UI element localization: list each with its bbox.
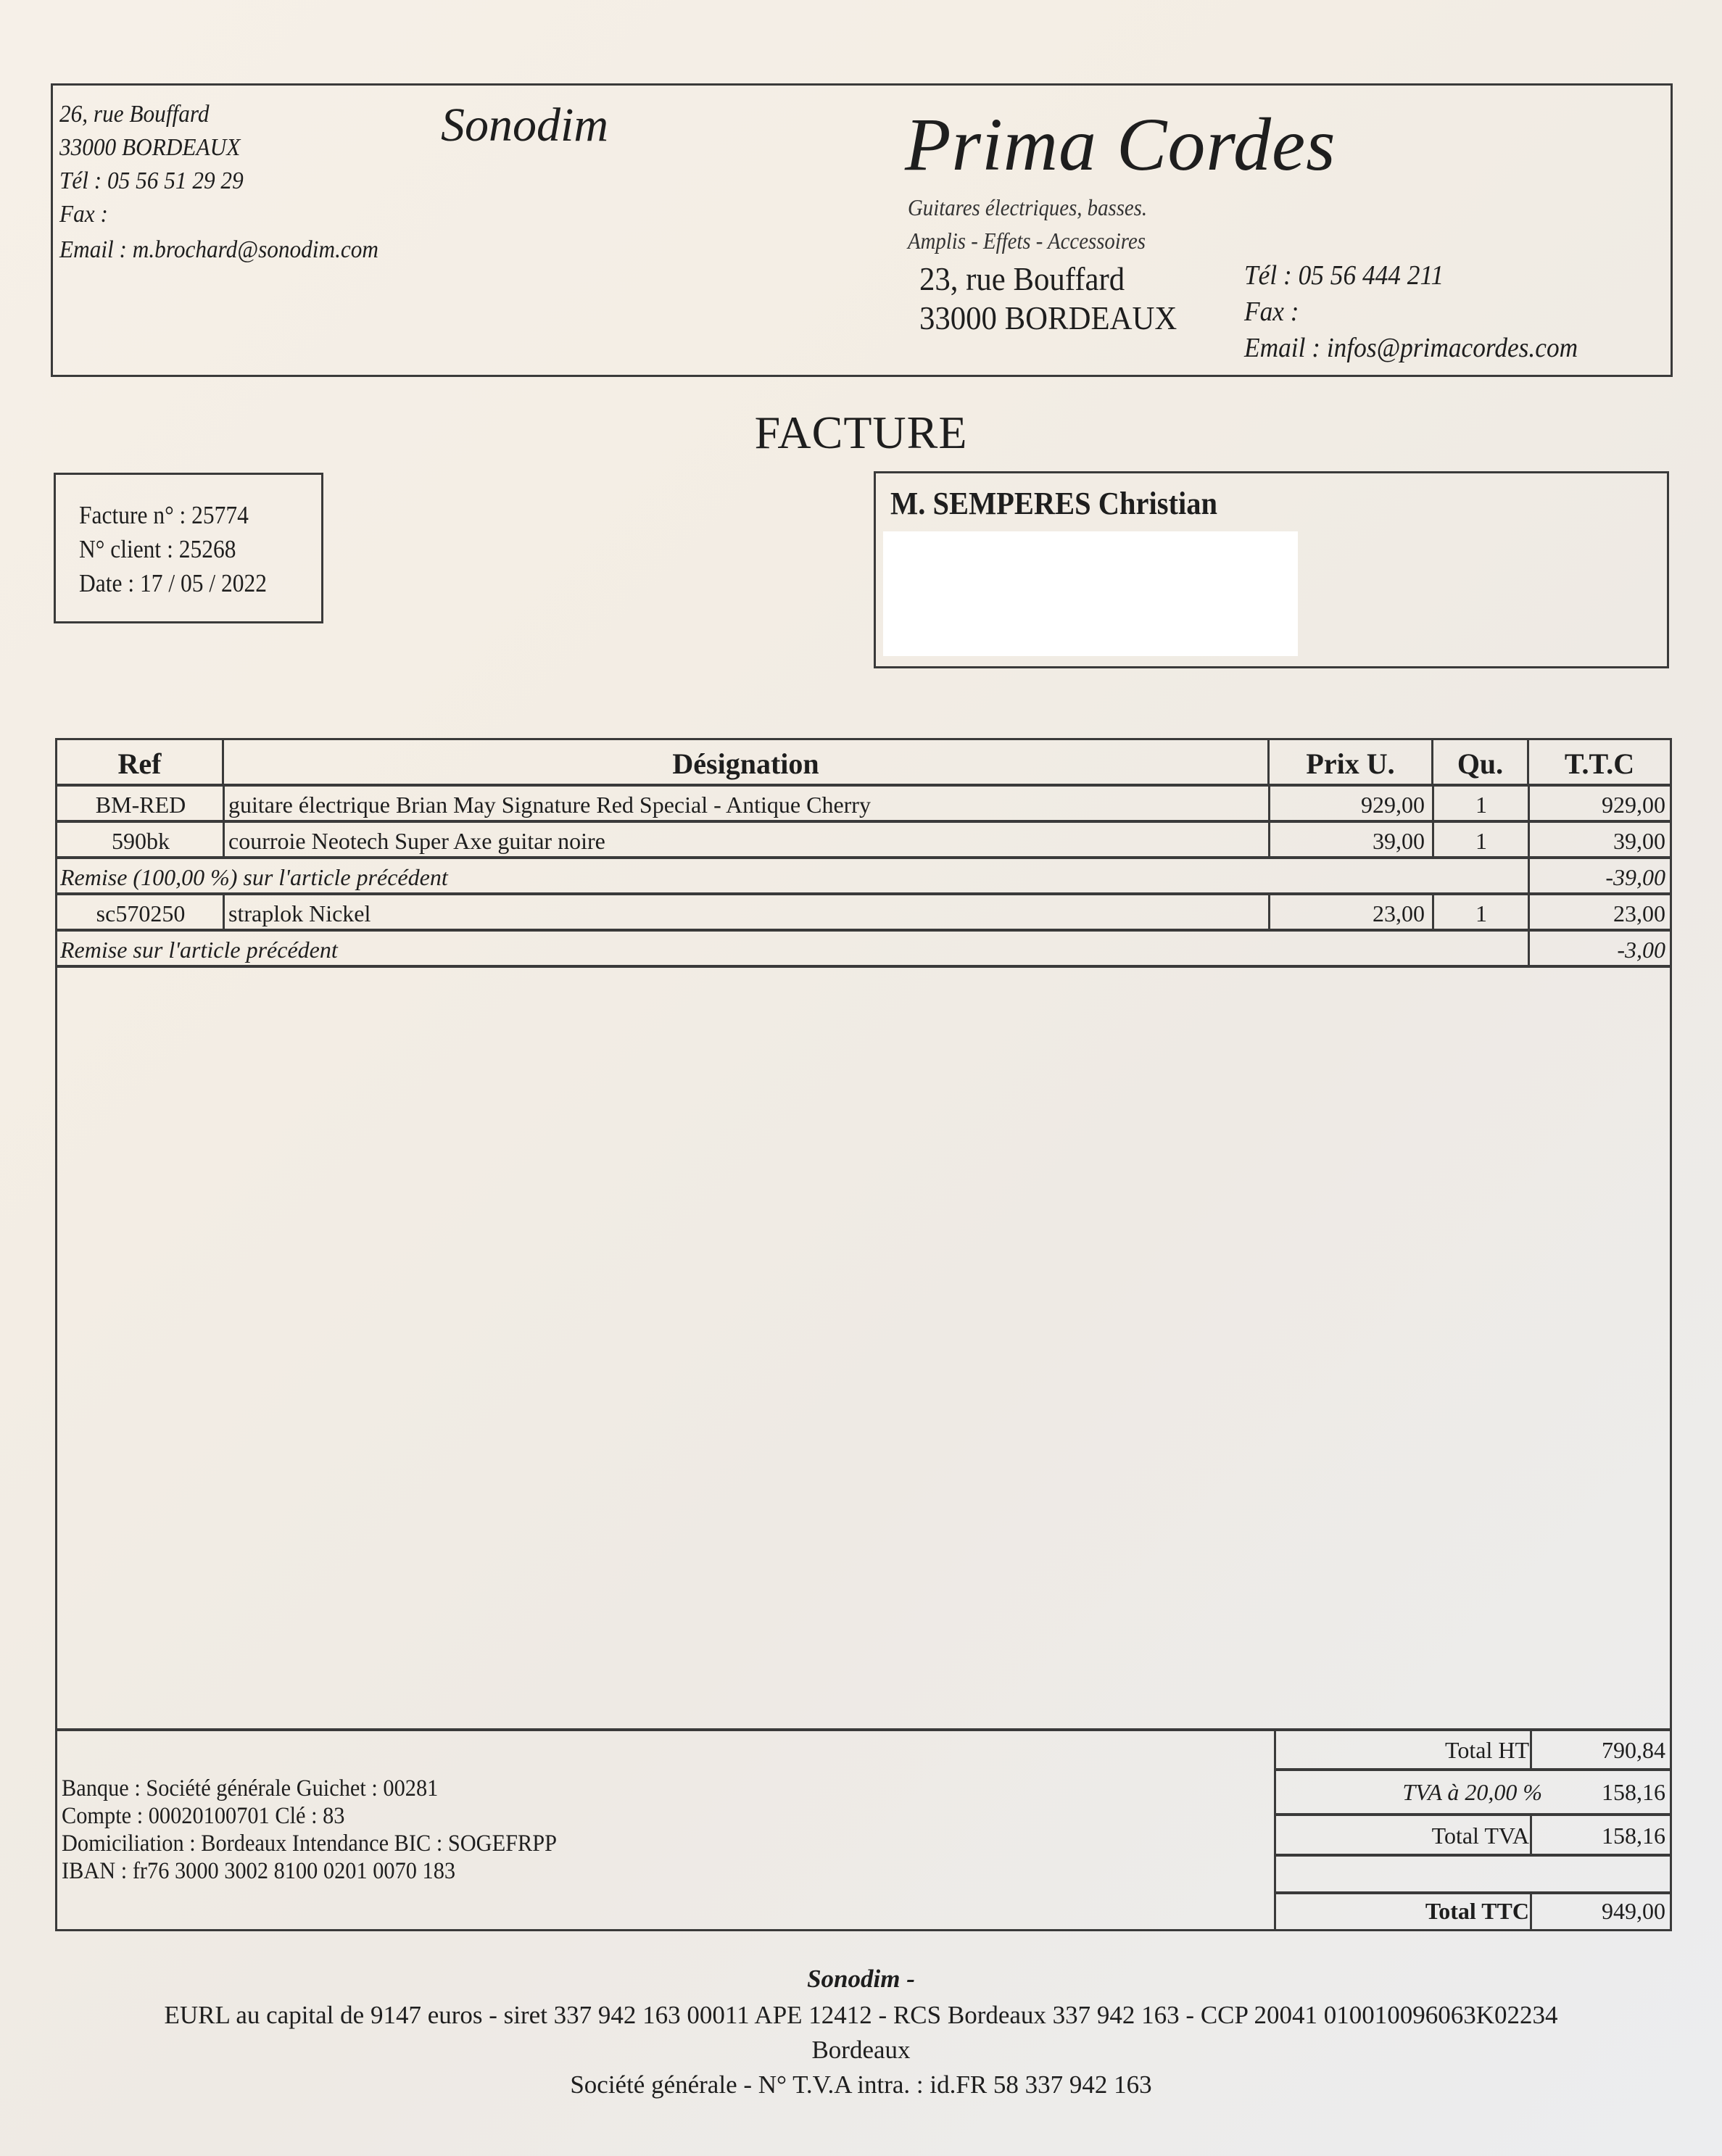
total-tva-row: Total TVA 158,16 [1276,1816,1670,1855]
store-address-line1: 23, rue Bouffard [919,260,1125,298]
cell-ttc: 23,00 [1529,897,1665,930]
header-prix-unitaire: Prix U. [1270,740,1433,785]
cell-designation: straplok Nickel [228,897,371,930]
footer-city: Bordeaux [0,2036,1722,2065]
store-phone: Tél : 05 56 444 211 [1244,260,1444,291]
cell-ttc: -39,00 [1529,861,1665,894]
header-quantite: Qu. [1433,740,1529,785]
cell-ttc: -3,00 [1529,933,1665,966]
items-table: Ref Désignation Prix U. Qu. T.T.C BM-RED… [55,738,1672,1731]
footer-company: Sonodim - [0,1965,1722,1994]
total-tva-value: 158,16 [1535,1816,1665,1855]
customer-box: M. SEMPERES Christian [874,471,1669,668]
bank-line-4: IBAN : fr76 3000 3002 8100 0201 0070 183 [62,1858,455,1885]
bank-line-1: Banque : Société générale Guichet : 0028… [62,1775,438,1802]
cell-discount-label: Remise sur l'article précédent [60,933,338,966]
totals-divider [1276,1854,1670,1857]
store-email: Email : infos@primacordes.com [1244,332,1578,364]
discount-row: Remise sur l'article précédent-3,00 [57,932,1670,968]
cell-qty: 1 [1433,788,1529,821]
total-ht-row: Total HT 790,84 [1276,1730,1670,1770]
total-ttc-value: 949,00 [1535,1891,1665,1931]
col-divider [223,895,225,932]
invoice-date: Date : 17 / 05 / 2022 [79,569,267,598]
cell-divider [1530,1816,1532,1855]
cell-ref: sc570250 [57,897,224,930]
bank-line-2: Compte : 00020100701 Clé : 83 [62,1803,344,1830]
cell-ttc: 39,00 [1529,824,1665,858]
bank-line-3: Domiciliation : Bordeaux Intendance BIC … [62,1830,557,1857]
footer-box: Banque : Société générale Guichet : 0028… [55,1728,1672,1931]
tva-rate-row: TVA à 20,00 % 158,16 [1276,1773,1670,1812]
seller-address-line2: 33000 BORDEAUX [59,131,240,165]
total-ttc-row: Total TTC 949,00 [1276,1891,1670,1929]
cell-qty: 1 [1433,897,1529,930]
seller-phone: Tél : 05 56 51 29 29 [59,165,244,198]
store-fax: Fax : [1244,296,1299,328]
col-divider [223,823,225,859]
tva-rate-label: TVA à 20,00 % [1402,1773,1542,1812]
footer-vat: Société générale - N° T.V.A intra. : id.… [0,2070,1722,2099]
store-address-line2: 33000 BORDEAUX [919,299,1177,337]
cell-divider [1530,1891,1532,1929]
document-title: FACTURE [0,406,1722,460]
cell-ttc: 929,00 [1529,788,1665,821]
cell-qty: 1 [1433,824,1529,858]
totals-panel: Total HT 790,84 TVA à 20,00 % 158,16 Tot… [1274,1730,1670,1929]
cell-divider [1530,1730,1532,1770]
store-tagline-2: Amplis - Effets - Accessoires [908,228,1146,254]
discount-row: Remise (100,00 %) sur l'article précéden… [57,859,1670,895]
seller-fax: Fax : [59,198,108,231]
cell-discount-label: Remise (100,00 %) sur l'article précéden… [60,861,448,894]
invoice-meta-box: Facture n° : 25774 N° client : 25268 Dat… [54,473,323,623]
customer-name: M. SEMPERES Christian [890,485,1217,522]
store-tagline-1: Guitares électriques, basses. [908,194,1147,221]
client-number: N° client : 25268 [79,535,236,564]
store-logo-name: Prima Cordes [905,101,1336,188]
total-ht-value: 790,84 [1535,1730,1665,1770]
table-row: 590bkcourroie Neotech Super Axe guitar n… [57,823,1670,859]
header-designation: Désignation [224,740,1270,785]
footer-legal: EURL au capital de 9147 euros - siret 33… [0,2001,1722,2030]
cell-designation: courroie Neotech Super Axe guitar noire [228,824,605,858]
seller-email: Email : m.brochard@sonodim.com [59,233,378,267]
cell-ref: BM-RED [57,788,224,821]
table-row: BM-REDguitare électrique Brian May Signa… [57,787,1670,823]
header-ttc: T.T.C [1529,740,1670,785]
table-row: sc570250straplok Nickel23,00123,00 [57,895,1670,932]
col-divider [223,787,225,823]
redacted-customer-address [883,531,1298,656]
totals-divider [1276,1768,1670,1771]
cell-designation: guitare électrique Brian May Signature R… [228,788,871,821]
tva-rate-value: 158,16 [1535,1773,1665,1812]
seller-address-line1: 26, rue Bouffard [59,98,209,131]
total-ttc-label: Total TTC [1425,1891,1529,1931]
cell-prix: 23,00 [1270,897,1425,930]
cell-prix: 39,00 [1270,824,1425,858]
cell-prix: 929,00 [1270,788,1425,821]
invoice-number: Facture n° : 25774 [79,501,249,530]
seller-name: Sonodim [441,98,608,153]
cell-ref: 590bk [57,824,224,858]
row-divider [57,965,1670,968]
total-tva-label: Total TVA [1432,1816,1529,1855]
total-ht-label: Total HT [1445,1730,1529,1770]
header-ref: Ref [57,740,224,785]
